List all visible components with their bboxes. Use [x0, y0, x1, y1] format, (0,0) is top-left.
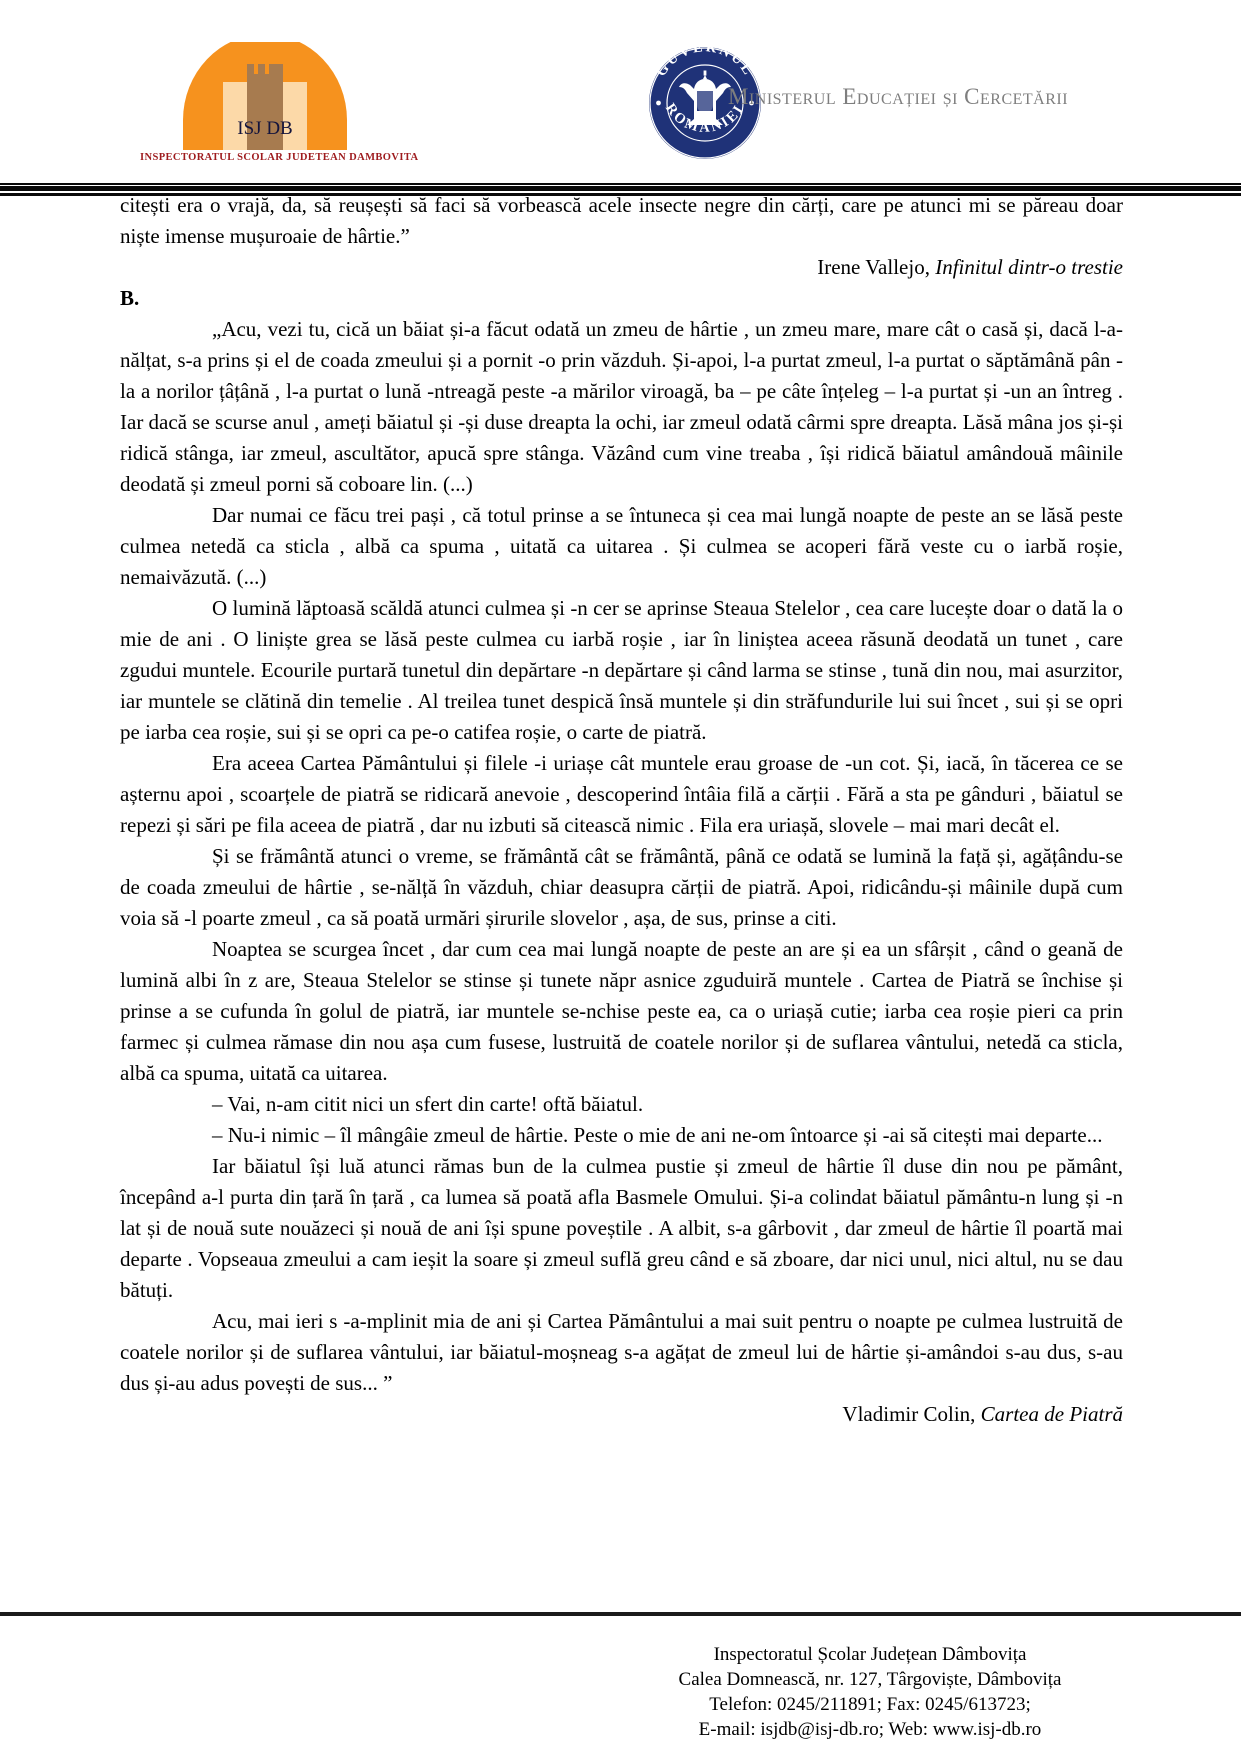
- footer-address: Calea Domnească, nr. 127, Târgoviște, Dâ…: [560, 1667, 1180, 1692]
- document-page: ISJ DB INSPECTORATUL SCOLAR JUDETEAN DAM…: [0, 0, 1241, 1755]
- isj-db-logo: ISJ DB INSPECTORATUL SCOLAR JUDETEAN DAM…: [140, 42, 390, 163]
- footer-email-web: E-mail: isjdb@isj-db.ro; Web: www.isj-db…: [560, 1717, 1180, 1742]
- story-paragraph: Iar băiatul își luă atunci rămas bun de …: [120, 1151, 1123, 1306]
- footer-phone-fax: Telefon: 0245/211891; Fax: 0245/613723;: [560, 1692, 1180, 1717]
- footer-institution: Inspectoratul Școlar Județean Dâmbovița: [560, 1642, 1180, 1667]
- quote-a-attribution: Irene Vallejo, Infinitul dintr-o trestie: [120, 252, 1123, 283]
- story-paragraph: Dar numai ce făcu trei pași , că totul p…: [120, 500, 1123, 593]
- document-body: citești era o vrajă, da, să reușești să …: [120, 190, 1123, 1430]
- section-b-work-title: Cartea de Piatră: [981, 1402, 1123, 1426]
- quote-a-author: Irene Vallejo,: [817, 255, 935, 279]
- isj-db-logo-icon: ISJ DB: [175, 42, 355, 150]
- quote-a-text: citești era o vrajă, da, să reușești să …: [120, 190, 1123, 252]
- story-paragraph: O lumină lăptoasă scăldă atunci culmea ș…: [120, 593, 1123, 748]
- page-header: ISJ DB INSPECTORATUL SCOLAR JUDETEAN DAM…: [0, 0, 1241, 183]
- story-paragraph: Era aceea Cartea Pământului și filele -i…: [120, 748, 1123, 841]
- story-dialogue-line: – Nu-i nimic – îl mângâie zmeul de hârti…: [120, 1120, 1123, 1151]
- isj-logo-abbr: ISJ DB: [237, 118, 292, 139]
- story-paragraph: Noaptea se scurgea încet , dar cum cea m…: [120, 934, 1123, 1089]
- story-paragraph: Acu, mai ieri s -a-mplinit mia de ani și…: [120, 1306, 1123, 1399]
- section-b-text: „Acu, vezi tu, cică un băiat și-a făcut …: [120, 314, 1123, 1399]
- story-paragraph: Și se frământă atunci o vreme, se frămân…: [120, 841, 1123, 934]
- footer-divider: [0, 1612, 1241, 1616]
- isj-logo-caption: INSPECTORATUL SCOLAR JUDETEAN DAMBOVITA: [140, 152, 390, 163]
- quote-a-work-title: Infinitul dintr-o trestie: [935, 255, 1123, 279]
- ministry-name: Ministerul Educației și Cercetării: [728, 84, 1148, 110]
- section-b-attribution: Vladimir Colin, Cartea de Piatră: [120, 1399, 1123, 1430]
- story-dialogue-line: – Vai, n-am citit nici un sfert din cart…: [120, 1089, 1123, 1120]
- section-b-label: B.: [120, 283, 1123, 314]
- story-paragraph: „Acu, vezi tu, cică un băiat și-a făcut …: [120, 314, 1123, 500]
- footer-contact-block: Inspectoratul Școlar Județean Dâmbovița …: [560, 1642, 1180, 1742]
- section-b-author: Vladimir Colin,: [842, 1402, 980, 1426]
